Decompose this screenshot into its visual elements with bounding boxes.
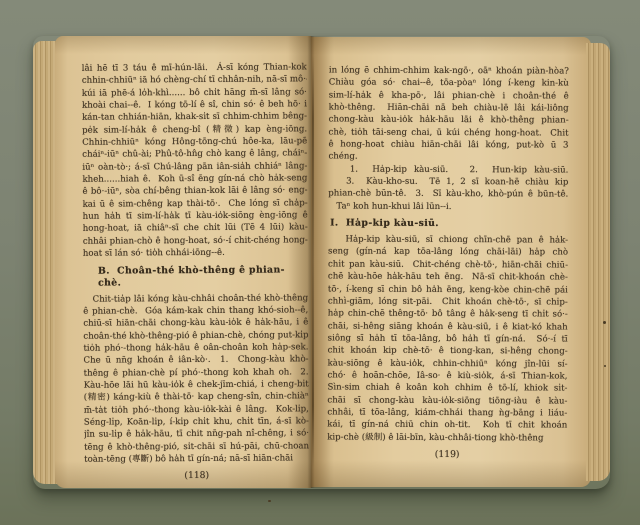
right-paragraph-1: in lóng ē chhim-chhim kak-ngō·, oāⁿ khoá… [328,64,568,164]
text-line: hong-hoat, iā chiâⁿ-sī che chi̍t lūi (Tē… [83,222,308,236]
text-line: phian-chè būn-tê. 3. Sī kàu-kho, khò-pún… [328,188,568,201]
text-line: sim-lí-ha̍k ê kha-pō·, lâi phian-chè i c… [329,89,569,102]
ink-speck [604,365,606,367]
text-line: kàu-siōng ê kàu-io̍k, chhin-chhiūⁿ kóng … [328,357,568,370]
text-line: chāi sī chong-kàu kàu-io̍k-siōng tiōng-i… [327,394,567,407]
text-line: (精密) káng-kiù ê thài-tō· kap cheng-sîn, … [84,391,309,405]
text-line: chhâi phian-chò ê hong-hoat, só·-í chit-… [83,234,308,248]
ink-speck [603,321,606,324]
section-heading-i: I. Ha̍p-kip kàu-siū. [328,218,568,231]
text-line: chéng. [328,151,568,164]
text-line: chi̍t pan kàu-siū. Chit-chéng chè-tō·, h… [328,258,568,271]
text-line: chit khoán kip chè-tō· ê tiong-kan, si-h… [328,345,568,358]
book-gutter-crease [312,56,314,468]
text-line: Ha̍p-kip kàu-siū, sī chiong chīn-chē pan… [328,234,568,247]
text-line: siông sī ha̍h tī tōa-lâng, bô ha̍h tī gí… [328,332,568,345]
text-line: chhin-chhiūⁿ iā hó chèng-chí tī chhân-ni… [82,74,307,88]
text-line: chē kàu-hōe ha̍k-hāu teh ēng. Nā-sī chit… [328,271,568,284]
text-line: ê bô·-iūⁿ, sòa chí-bêng thian-kok lāi ê … [82,185,307,199]
text-line: Che ū nn̄g khoán ê iân-kò·. 1. Chong-kàu… [84,354,309,368]
open-book: lâi hē tī 3 táu ê mī-hún-lāi. Á-sī kóng … [33,36,610,489]
right-numbered-list: 1. Ha̍p-kip kàu-siū. 2. Hun-kip kàu-siū.… [328,163,568,213]
text-line: chhì-giām, lóng sit-pāi. Chit khoán chè-… [328,295,568,308]
left-paragraph-1: lâi hē tī 3 táu ê mī-hún-lāi. Á-sī kóng … [82,61,308,260]
text-line: hoat sī lán só· tio̍h chhái-iōng--ê. [83,246,308,260]
page-number-left: (118) [84,470,309,482]
ink-speck [268,500,271,502]
text-line: toàn-tēng (專斷) bô ha̍h tī gín-ná; nā-sī … [84,452,309,466]
text-line: chó· ê hoān-chōe, Iâ-so· ê kiù-sio̍k, á-… [327,369,567,382]
text-line: Sìn-sim chiah ê koân koh chhim ê tō-lí, … [327,382,567,395]
photo-background: lâi hē tī 3 táu ê mī-hún-lāi. Á-sī kóng … [0,0,640,525]
right-page-text: in lóng ē chhim-chhim kak-ngō·, oāⁿ khoá… [327,64,569,460]
text-line: jîn su-li̍p ê ha̍k-hāu, tī chit nn̄g-pah… [84,428,309,442]
right-paragraph-2: Ha̍p-kip kàu-siū, sī chiong chīn-chē pan… [327,234,568,445]
text-line: chhâi, tī tōa-lâng, kiám-chhái thang ǹg-… [327,406,567,419]
text-line: Chiàu góa só· chai--ê, tōa-pòaⁿ lóng í-k… [329,77,569,90]
section-heading-b: B. Choân-thé khò-thêng ê phian-chè. [83,264,308,289]
text-line: chāi, si-hêng siāng khoán ê kàu-siū, i ê… [328,320,568,333]
text-line: kái, tī gín-ná chiū chin oh-tit. Koh tī … [327,419,567,432]
text-line: chong-kàu kàu-io̍k ha̍k-hāu lāi ê khò-th… [329,114,569,127]
text-line: kip-chè (級制) ê lāi-bīn, kàu-chhâi-tiong … [327,431,567,444]
text-line: cháiⁿ-iūⁿ chû-ài; Phû-tô-hn̂g chò kang ê… [82,148,307,162]
left-page-text: lâi hē tī 3 táu ê mī-hún-lāi. Á-sī kóng … [82,61,310,482]
text-line: kán-tan chhián-hiān, khak-si̍t sī chhim-… [82,111,307,125]
text-line: khò-thêng. Hiān-chāi nā beh chiàu-lē lâi… [329,102,569,115]
page-number-right: (119) [327,448,567,460]
text-line: chè, tio̍h tāi-seng chai, ū kúi chéng ho… [329,126,569,139]
text-line: seng (gín-ná kap tōa-lâng lóng chāi-lāi)… [328,246,568,259]
text-line: 1. Ha̍p-kip kàu-siū. 2. Hun-kip kàu-siū. [328,163,568,176]
text-line: Taⁿ koh hun-khui lâi lūn--i. [328,200,568,213]
text-line: 3. Kàu-kho-su. Tē 1, 2 sī koan-hē chiàu … [328,176,568,189]
left-paragraph-2: Chit-tia̍p lâi kóng kàu-chhâi choân-thé … [83,292,309,466]
page-edge-stack-right [586,43,610,481]
text-line: ê hong-hoat chiàu hiān-chāi lâi kóng, pu… [328,139,568,152]
text-line: ha̍p chin-chē thêng-tō· bô tâng ê ha̍k-s… [328,308,568,321]
text-line: in lóng ē chhim-chhim kak-ngō·, oāⁿ khoá… [329,64,569,77]
text-line: tō·, í-keng sī chin bô ha̍h ēng, keng-kò… [328,283,568,296]
text-line: Chit-tia̍p lâi kóng kàu-chhâi choân-thé … [83,292,308,306]
text-line: chiū-sī hiān-chāi chong-kàu kàu-io̍k ê h… [83,316,308,330]
